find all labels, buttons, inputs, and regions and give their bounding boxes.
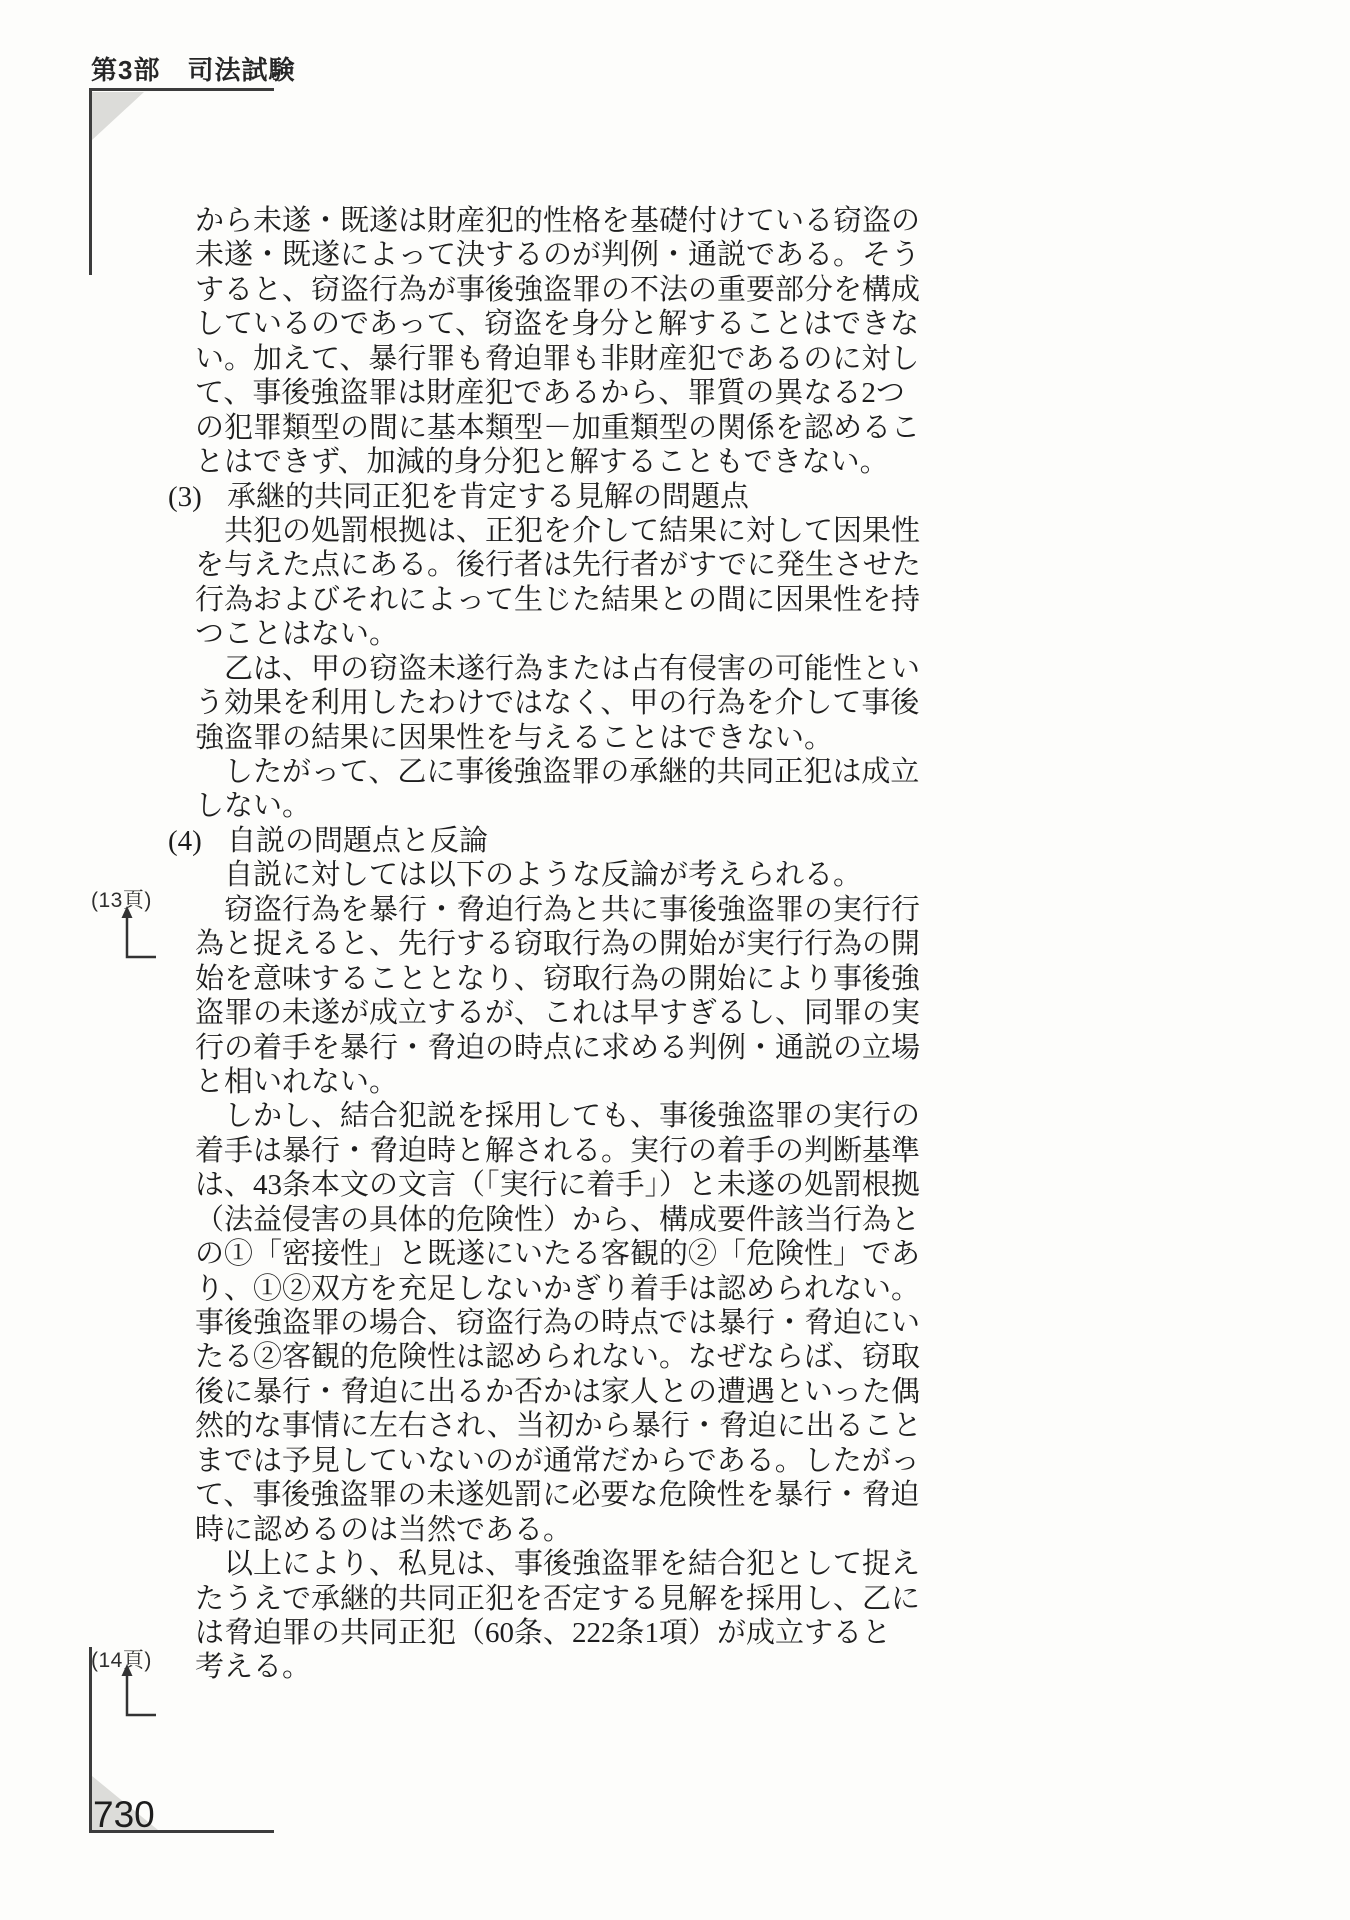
text-line: 始を意味することとなり、窃取行為の開始により事後強	[195, 962, 935, 996]
text-line: したがって、乙に事後強盗罪の承継的共同正犯は成立	[195, 755, 935, 789]
page-number: 730	[93, 1794, 155, 1836]
heading-title: 承継的共同正犯を肯定する見解の問題点	[227, 481, 749, 513]
text-line: 事後強盗罪の場合、窃盗行為の時点では暴行・脅迫にい	[195, 1306, 935, 1340]
text-line: 窃盗行為を暴行・脅迫行為と共に事後強盗罪の実行行	[195, 893, 935, 927]
text-line: 乙は、甲の窃盗未遂行為または占有侵害の可能性とい	[195, 652, 935, 686]
text-line: しない。	[195, 789, 935, 823]
header-rule-vertical	[89, 88, 92, 275]
text-line: 共犯の処罰根拠は、正犯を介して結果に対して因果性	[195, 514, 935, 548]
text-line: 然的な事情に左右され、当初から暴行・脅迫に出ること	[195, 1409, 935, 1443]
text-line: 以上により、私見は、事後強盗罪を結合犯として捉え	[195, 1547, 935, 1581]
text-line: つことはない。	[195, 617, 935, 651]
text-line: り、①②双方を充足しないかぎり着手は認められない。	[195, 1272, 935, 1306]
text-line: 時に認めるのは当然である。	[195, 1513, 935, 1547]
header-rule-horizontal	[89, 88, 274, 91]
text-line: （法益侵害の具体的危険性）から、構成要件該当行為と	[195, 1203, 935, 1237]
heading-number: (3)	[168, 480, 227, 514]
text-line: 強盗罪の結果に因果性を与えることはできない。	[195, 721, 935, 755]
text-line: は脅迫罪の共同正犯（60条、222条1項）が成立すると	[195, 1616, 935, 1650]
text-line: たる②客観的危険性は認められない。なぜならば、窃取	[195, 1340, 935, 1374]
text-line: 為と捉えると、先行する窃取行為の開始が実行行為の開	[195, 927, 935, 961]
heading-number: (4)	[168, 824, 227, 858]
text-line: から未遂・既遂は財産犯的性格を基礎付けている窃盗の	[195, 204, 935, 238]
up-arrow-icon	[112, 1663, 160, 1723]
heading-line: (4)自説の問題点と反論	[168, 824, 935, 858]
heading-title: 自説の問題点と反論	[227, 825, 488, 857]
text-line: の犯罪類型の間に基本類型－加重類型の関係を認めるこ	[195, 411, 935, 445]
footer-rule-vertical	[89, 1647, 92, 1833]
text-line: を与えた点にある。後行者は先行者がすでに発生させた	[195, 548, 935, 582]
text-line: 行為およびそれによって生じた結果との間に因果性を持	[195, 583, 935, 617]
text-line: と相いれない。	[195, 1065, 935, 1099]
text-line: しかし、結合犯説を採用しても、事後強盗罪の実行の	[195, 1099, 935, 1133]
text-line: い。加えて、暴行罪も脅迫罪も非財産犯であるのに対し	[195, 342, 935, 376]
text-line: 自説に対しては以下のような反論が考えられる。	[195, 858, 935, 892]
text-line: 未遂・既遂によって決するのが判例・通説である。そう	[195, 238, 935, 272]
text-line: 後に暴行・脅迫に出るか否かは家人との遭遇といった偶	[195, 1375, 935, 1409]
text-line: しているのであって、窃盗を身分と解することはできな	[195, 307, 935, 341]
body-text: から未遂・既遂は財産犯的性格を基礎付けている窃盗の未遂・既遂によって決するのが判…	[195, 204, 935, 1685]
text-line: 行の着手を暴行・脅迫の時点に求める判例・通説の立場	[195, 1031, 935, 1065]
text-line: の①「密接性」と既遂にいたる客観的②「危険性」であ	[195, 1237, 935, 1271]
text-line: は、43条本文の文言（「実行に着手」）と未遂の処罰根拠	[195, 1168, 935, 1202]
text-line: すると、窃盗行為が事後強盗罪の不法の重要部分を構成	[195, 273, 935, 307]
text-line: 着手は暴行・脅迫時と解される。実行の着手の判断基準	[195, 1134, 935, 1168]
chapter-title: 第3部 司法試験	[91, 50, 295, 87]
heading-line: (3)承継的共同正犯を肯定する見解の問題点	[168, 480, 935, 514]
up-arrow-icon	[112, 905, 160, 965]
text-line: う効果を利用したわけではなく、甲の行為を介して事後	[195, 686, 935, 720]
text-line: たうえで承継的共同正犯を否定する見解を採用し、乙に	[195, 1582, 935, 1616]
text-line: て、事後強盗罪は財産犯であるから、罪質の異なる2つ	[195, 376, 935, 410]
text-line: とはできず、加減的身分犯と解することもできない。	[195, 445, 935, 479]
text-line: までは予見していないのが通常だからである。したがっ	[195, 1444, 935, 1478]
text-line: 盗罪の未遂が成立するが、これは早すぎるし、同罪の実	[195, 996, 935, 1030]
corner-triangle-top	[92, 92, 144, 140]
text-line: 考える。	[195, 1650, 935, 1684]
text-line: て、事後強盗罪の未遂処罰に必要な危険性を暴行・脅迫	[195, 1478, 935, 1512]
